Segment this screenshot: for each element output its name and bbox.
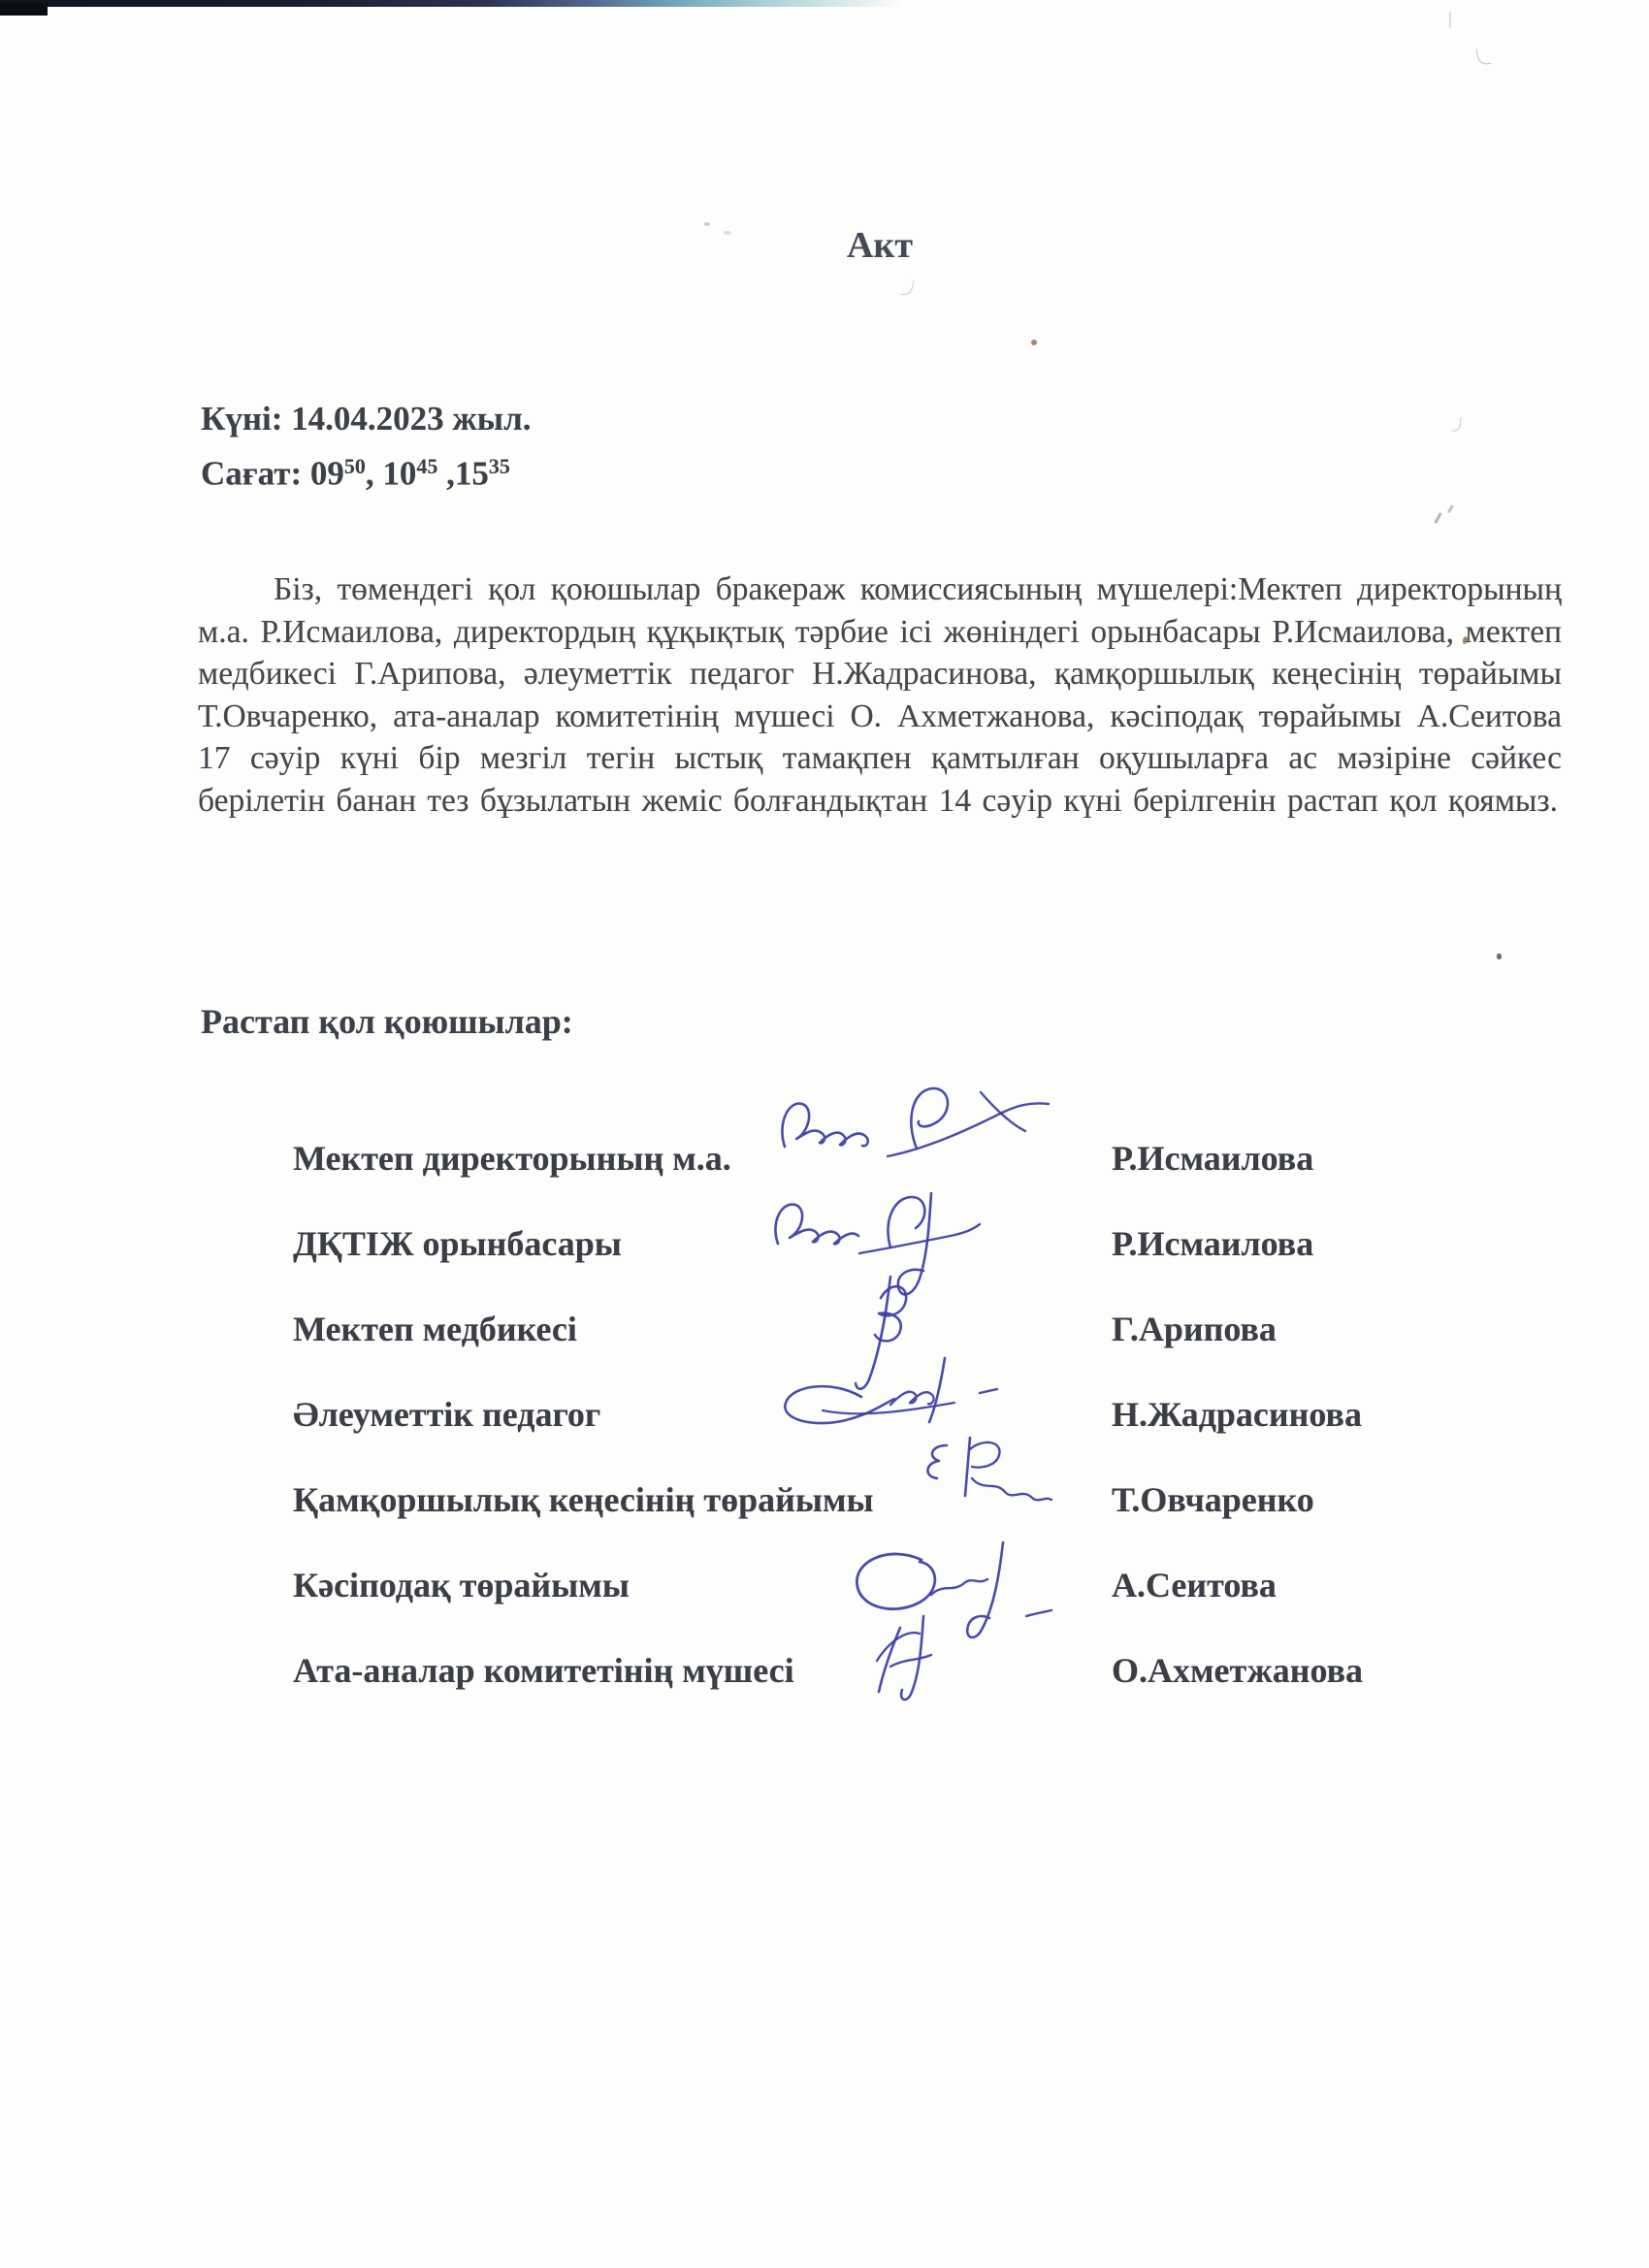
signer-name: Р.Исмаилова	[1112, 1223, 1313, 1264]
signer-position: Кәсіподақ төрайымы	[293, 1565, 630, 1605]
scan-speck	[900, 278, 914, 297]
date-line: Күні: 14.04.2023 жыл.	[201, 396, 532, 442]
signer-name: Н.Жадрасинова	[1112, 1394, 1362, 1435]
scanned-document-page: Акт Күні: 14.04.2023 жыл. Сағат: 0950, 1…	[0, 0, 1649, 2268]
signature-ink	[863, 1601, 970, 1707]
date-time-block: Күні: 14.04.2023 жыл. Сағат: 0950, 1045 …	[201, 396, 532, 498]
signer-position: ДҚТІЖ орынбасары	[293, 1223, 622, 1264]
time-minutes-1: 50	[344, 454, 366, 478]
scan-speck	[1434, 512, 1441, 524]
scan-speck	[1476, 48, 1492, 66]
scan-artifact-top-edge-line	[0, 0, 931, 7]
time-value-2: 10	[382, 455, 416, 493]
signer-name: Т.Овчаренко	[1112, 1479, 1314, 1520]
scan-speck	[1451, 417, 1461, 433]
time-separator-1: ,	[366, 455, 383, 493]
time-value-1: 09	[310, 455, 344, 493]
signer-position: Ата-аналар комитетінің мүшесі	[293, 1650, 794, 1691]
signer-position: Мектеп медбикесі	[293, 1309, 577, 1349]
document-title: Акт	[198, 224, 1562, 267]
signer-position: Әлеуметтік педагог	[293, 1394, 600, 1435]
time-label: Сағат:	[201, 455, 302, 493]
scan-speck	[1497, 954, 1502, 959]
signer-name: О.Ахметжанова	[1112, 1650, 1363, 1691]
signer-name: Г.Арипова	[1112, 1309, 1277, 1349]
signers-heading: Растап қол қоюшылар:	[201, 1001, 573, 1042]
signer-position: Мектеп директорының м.а.	[293, 1138, 731, 1179]
scan-speck	[1447, 504, 1454, 513]
time-minutes-3: 35	[489, 454, 510, 478]
scan-artifact-tick	[1449, 12, 1451, 28]
body-paragraph: Біз, төмендегі қол қоюшылар бракераж ком…	[198, 568, 1562, 822]
time-value-3: 15	[455, 455, 489, 493]
signer-name: А.Сеитова	[1112, 1565, 1277, 1605]
scan-speck	[1031, 340, 1037, 345]
time-minutes-2: 45	[416, 454, 437, 478]
signature-ink	[914, 1424, 1059, 1521]
signer-position: Қамқоршылық кеңесінің төрайымы	[293, 1479, 874, 1520]
time-line: Сағат: 0950, 1045 ,1535	[201, 442, 532, 498]
signature-ink	[771, 1081, 1062, 1173]
scan-artifact-top-left-bar	[0, 3, 48, 16]
signer-name: Р.Исмаилова	[1112, 1138, 1313, 1179]
time-separator-2: ,	[437, 455, 455, 493]
